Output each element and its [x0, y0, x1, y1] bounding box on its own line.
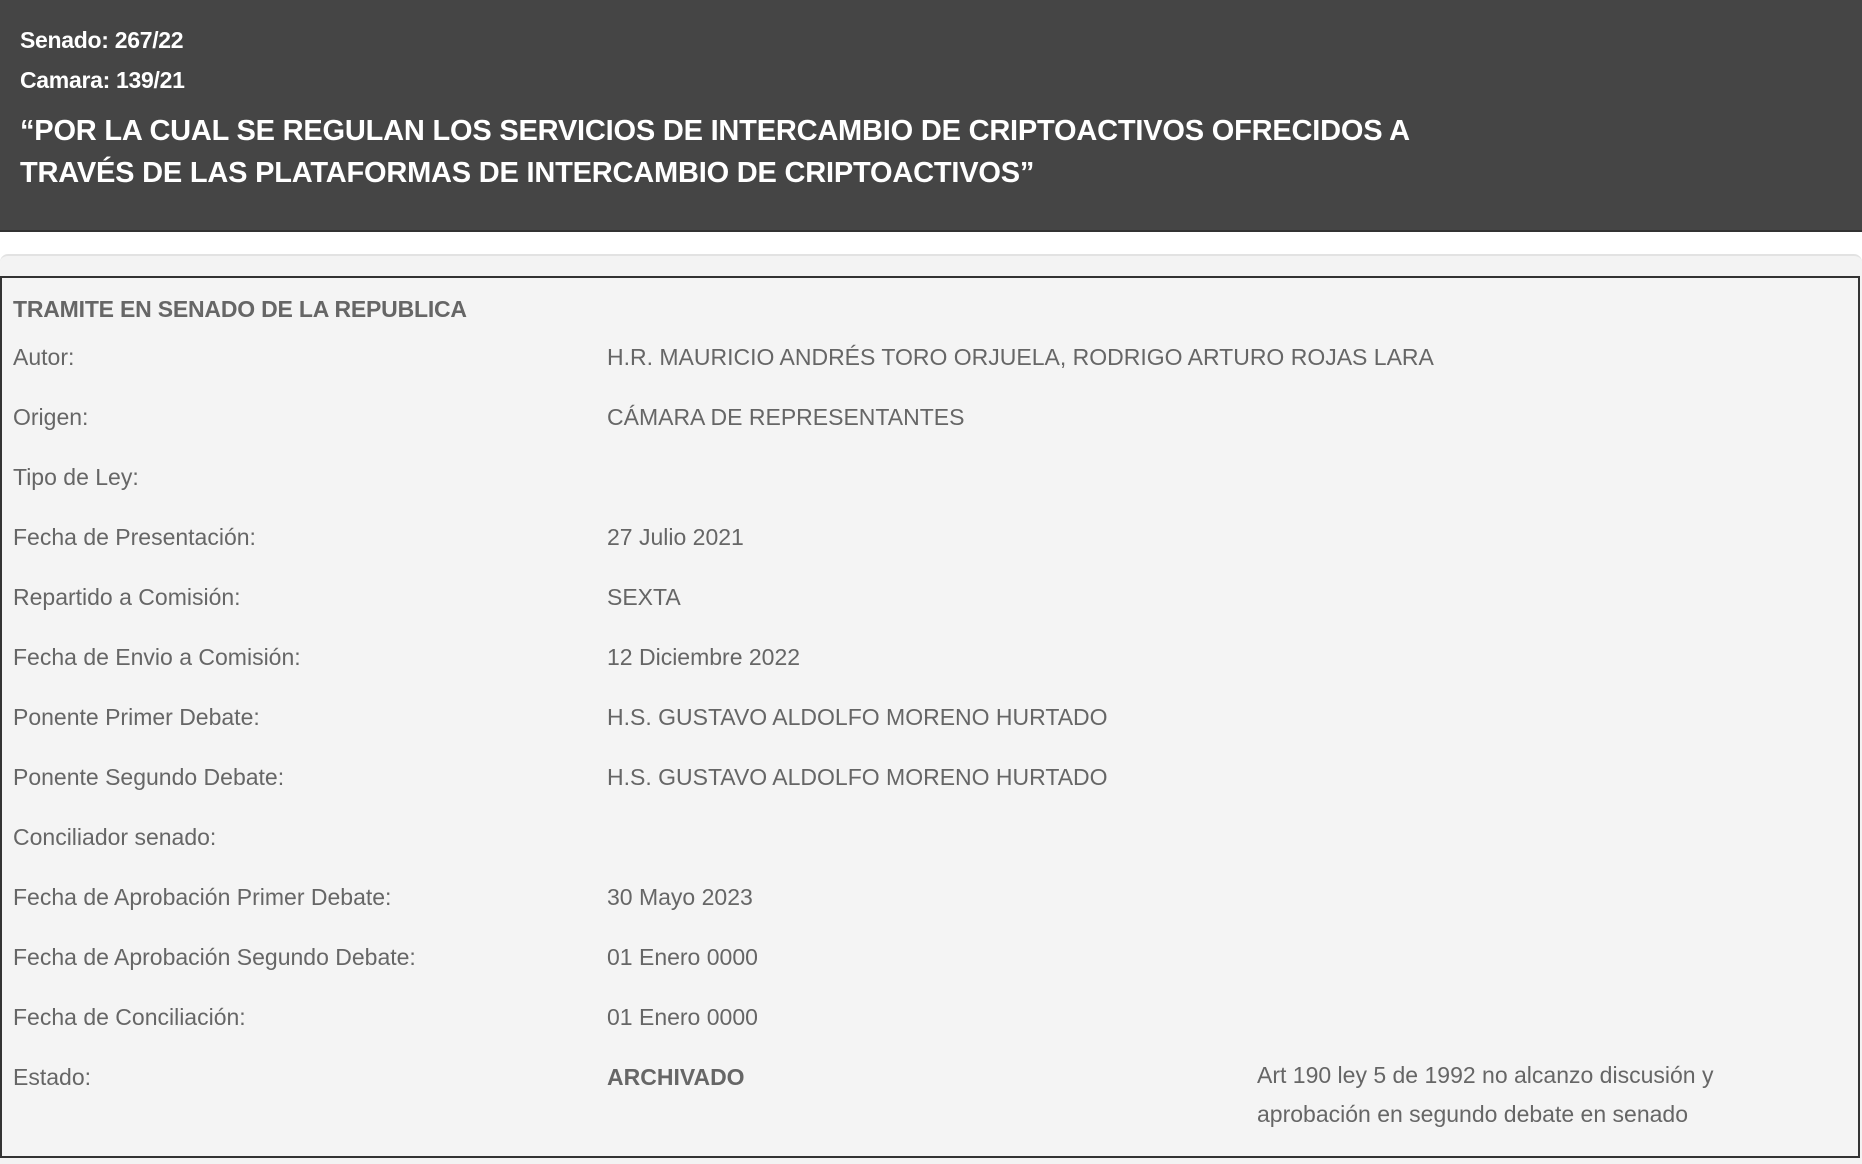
camara-number: Camara: 139/21	[20, 60, 1842, 100]
row-fecha-presentacion: Fecha de Presentación: 27 Julio 2021	[2, 524, 1858, 584]
row-label: Repartido a Comisión:	[13, 584, 241, 611]
row-estado: Estado: ARCHIVADO Art 190 ley 5 de 1992 …	[2, 1064, 1858, 1154]
row-repartido-comision: Repartido a Comisión: SEXTA	[2, 584, 1858, 644]
row-label: Autor:	[13, 344, 74, 371]
row-value: 01 Enero 0000	[607, 944, 758, 971]
row-tipo-ley: Tipo de Ley:	[2, 464, 1858, 524]
row-value: CÁMARA DE REPRESENTANTES	[607, 404, 964, 431]
row-label: Ponente Segundo Debate:	[13, 764, 284, 791]
row-label: Origen:	[13, 404, 88, 431]
row-value: 27 Julio 2021	[607, 524, 744, 551]
row-label: Fecha de Conciliación:	[13, 1004, 246, 1031]
row-label: Fecha de Aprobación Segundo Debate:	[13, 944, 416, 971]
row-conciliador-senado: Conciliador senado:	[2, 824, 1858, 884]
row-fecha-aprobacion-segundo-debate: Fecha de Aprobación Segundo Debate: 01 E…	[2, 944, 1858, 1004]
row-label: Ponente Primer Debate:	[13, 704, 260, 731]
row-autor: Autor: H.R. MAURICIO ANDRÉS TORO ORJUELA…	[2, 344, 1858, 404]
bill-title: “POR LA CUAL SE REGULAN LOS SERVICIOS DE…	[20, 110, 1450, 194]
row-value: 01 Enero 0000	[607, 1004, 758, 1031]
status-value: ARCHIVADO	[607, 1064, 745, 1091]
section-title: TRAMITE EN SENADO DE LA REPUBLICA	[13, 296, 467, 323]
row-value: H.S. GUSTAVO ALDOLFO MORENO HURTADO	[607, 764, 1108, 791]
row-value: 12 Diciembre 2022	[607, 644, 800, 671]
row-value: SEXTA	[607, 584, 681, 611]
tramite-table: TRAMITE EN SENADO DE LA REPUBLICA Autor:…	[0, 276, 1860, 1158]
row-label: Conciliador senado:	[13, 824, 216, 851]
bill-header: Senado: 267/22 Camara: 139/21 “POR LA CU…	[0, 0, 1862, 232]
tramite-panel: TRAMITE EN SENADO DE LA REPUBLICA Autor:…	[0, 254, 1862, 1164]
row-fecha-aprobacion-primer-debate: Fecha de Aprobación Primer Debate: 30 Ma…	[2, 884, 1858, 944]
row-origen: Origen: CÁMARA DE REPRESENTANTES	[2, 404, 1858, 464]
row-label: Tipo de Ley:	[13, 464, 139, 491]
row-ponente-segundo-debate: Ponente Segundo Debate: H.S. GUSTAVO ALD…	[2, 764, 1858, 824]
row-label: Fecha de Aprobación Primer Debate:	[13, 884, 391, 911]
row-fecha-conciliacion: Fecha de Conciliación: 01 Enero 0000	[2, 1004, 1858, 1064]
row-value: H.R. MAURICIO ANDRÉS TORO ORJUELA, RODRI…	[607, 344, 1434, 371]
row-value: 30 Mayo 2023	[607, 884, 753, 911]
row-label: Fecha de Presentación:	[13, 524, 256, 551]
row-fecha-envio-comision: Fecha de Envio a Comisión: 12 Diciembre …	[2, 644, 1858, 704]
status-note: Art 190 ley 5 de 1992 no alcanzo discusi…	[1257, 1056, 1817, 1134]
row-ponente-primer-debate: Ponente Primer Debate: H.S. GUSTAVO ALDO…	[2, 704, 1858, 764]
senado-number: Senado: 267/22	[20, 20, 1842, 60]
row-label: Estado:	[13, 1064, 91, 1091]
row-value: H.S. GUSTAVO ALDOLFO MORENO HURTADO	[607, 704, 1108, 731]
row-label: Fecha de Envio a Comisión:	[13, 644, 301, 671]
